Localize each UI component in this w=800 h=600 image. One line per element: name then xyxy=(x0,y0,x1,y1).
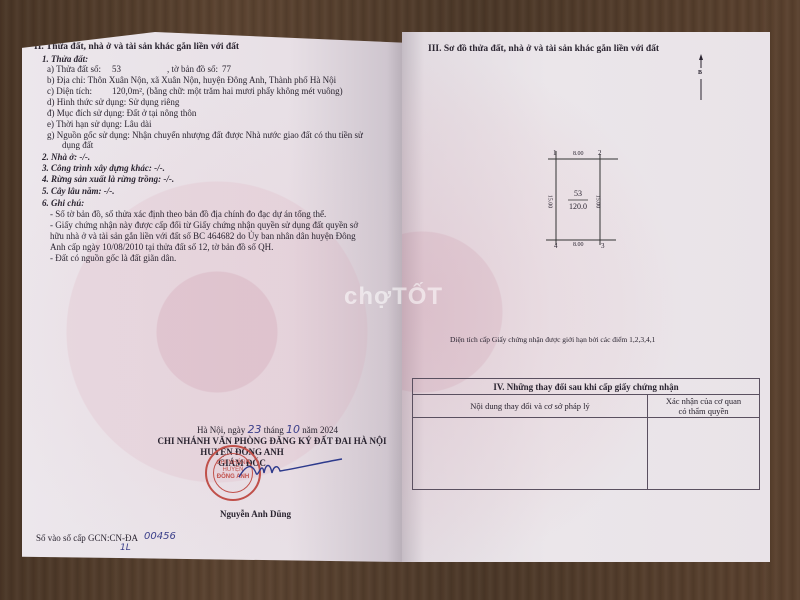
col2-line1: Xác nhận của cơ quan xyxy=(666,396,741,406)
office-line1: CHI NHÁNH VĂN PHÒNG ĐĂNG KÝ ĐẤT ĐAI HÀ N… xyxy=(122,436,402,447)
corner-3: 3 xyxy=(601,241,605,252)
changes-col-content: Nội dung thay đổi và cơ sở pháp lý xyxy=(413,395,648,418)
note-line: - Số tờ bản đồ, số thửa xác định theo bả… xyxy=(50,209,326,220)
corner-4: 4 xyxy=(554,241,558,252)
month-label: tháng xyxy=(264,425,284,435)
left-edge-length: 15.00 xyxy=(543,195,554,209)
registry-number: 00456 xyxy=(144,531,176,542)
plot-parcel-no: 53 xyxy=(574,188,582,199)
area-value: 120,0m², (bằng chữ: một trăm hai mươi ph… xyxy=(112,86,343,97)
right-edge-length: 15.00 xyxy=(591,195,602,209)
changes-empty-cell xyxy=(648,418,760,490)
forest-line: 4. Rừng sản xuất là rừng trồng: -/-. xyxy=(42,174,174,185)
corner-1: 1 xyxy=(553,148,557,159)
use-form: d) Hình thức sử dụng: Sử dụng riêng xyxy=(47,97,179,108)
changes-table: IV. Những thay đổi sau khi cấp giấy chứn… xyxy=(412,378,760,490)
corner-2: 2 xyxy=(598,148,602,159)
date-prefix: Hà Nội, ngày xyxy=(197,425,245,435)
other-works-line: 3. Công trình xây dựng khác: -/-. xyxy=(42,163,165,174)
use-term: e) Thời hạn sử dụng: Lâu dài xyxy=(47,119,151,130)
parcel-no-label: a) Thửa đất số: xyxy=(47,64,101,75)
top-edge-length: 8.00 xyxy=(573,149,584,160)
watermark: chợTỐT xyxy=(344,283,443,311)
area-label: c) Diện tích: xyxy=(47,86,92,97)
plot-caption: Diện tích cấp Giấy chứng nhận được giới … xyxy=(450,334,655,345)
signature-icon xyxy=(234,455,344,485)
registry-mark: 1L xyxy=(120,543,131,554)
use-purpose: đ) Mục đích sử dụng: Đất ở tại nông thôn xyxy=(47,108,196,119)
col2-line2: có thẩm quyền xyxy=(678,406,728,416)
origin-line2: dụng đất xyxy=(62,140,93,151)
bottom-edge-length: 8.00 xyxy=(573,240,584,251)
note-line: - Đất có nguồn gốc là đất giãn dân. xyxy=(50,253,176,264)
changes-table-title: IV. Những thay đổi sau khi cấp giấy chứn… xyxy=(413,379,760,395)
year-label: năm 2024 xyxy=(302,425,338,435)
parcel-no: 53 xyxy=(112,64,121,75)
right-page: III. Sơ đồ thửa đất, nhà ở và tài sản kh… xyxy=(402,32,770,562)
section-ii-title: II. Thửa đất, nhà ở và tài sản khác gắn … xyxy=(34,42,239,53)
north-label: B xyxy=(698,68,702,79)
date-day: 23 xyxy=(248,423,262,436)
note-line: - Giấy chứng nhận này được cấp đổi từ Gi… xyxy=(50,220,358,231)
address: b) Địa chỉ: Thôn Xuân Nộn, xã Xuân Nộn, … xyxy=(47,75,336,86)
origin-line1: g) Nguồn gốc sử dụng: Nhận chuyển nhượng… xyxy=(47,130,363,141)
date-month: 10 xyxy=(286,423,300,436)
changes-col-confirmation: Xác nhận của cơ quan có thẩm quyền xyxy=(648,395,760,418)
house-line: 2. Nhà ở: -/-. xyxy=(42,152,90,163)
note-line: Anh cấp ngày 10/08/2010 tại thửa đất số … xyxy=(50,242,273,253)
changes-empty-cell xyxy=(413,418,648,490)
notes-heading: 6. Ghi chú: xyxy=(42,198,84,209)
map-sheet-label: , tờ bản đồ số: xyxy=(167,64,218,75)
plot-area: 120.0 xyxy=(569,201,587,212)
signer-name: Nguyễn Anh Dũng xyxy=(220,509,291,520)
issue-date: Hà Nội, ngày 23 tháng 10 năm 2024 xyxy=(197,424,338,436)
section-iii-title: III. Sơ đồ thửa đất, nhà ở và tài sản kh… xyxy=(428,44,659,55)
map-sheet: 77 xyxy=(222,64,231,75)
perennial-line: 5. Cây lâu năm: -/-. xyxy=(42,186,115,197)
note-line: hữu nhà ở và tài sản gắn liền với đất số… xyxy=(50,231,356,242)
